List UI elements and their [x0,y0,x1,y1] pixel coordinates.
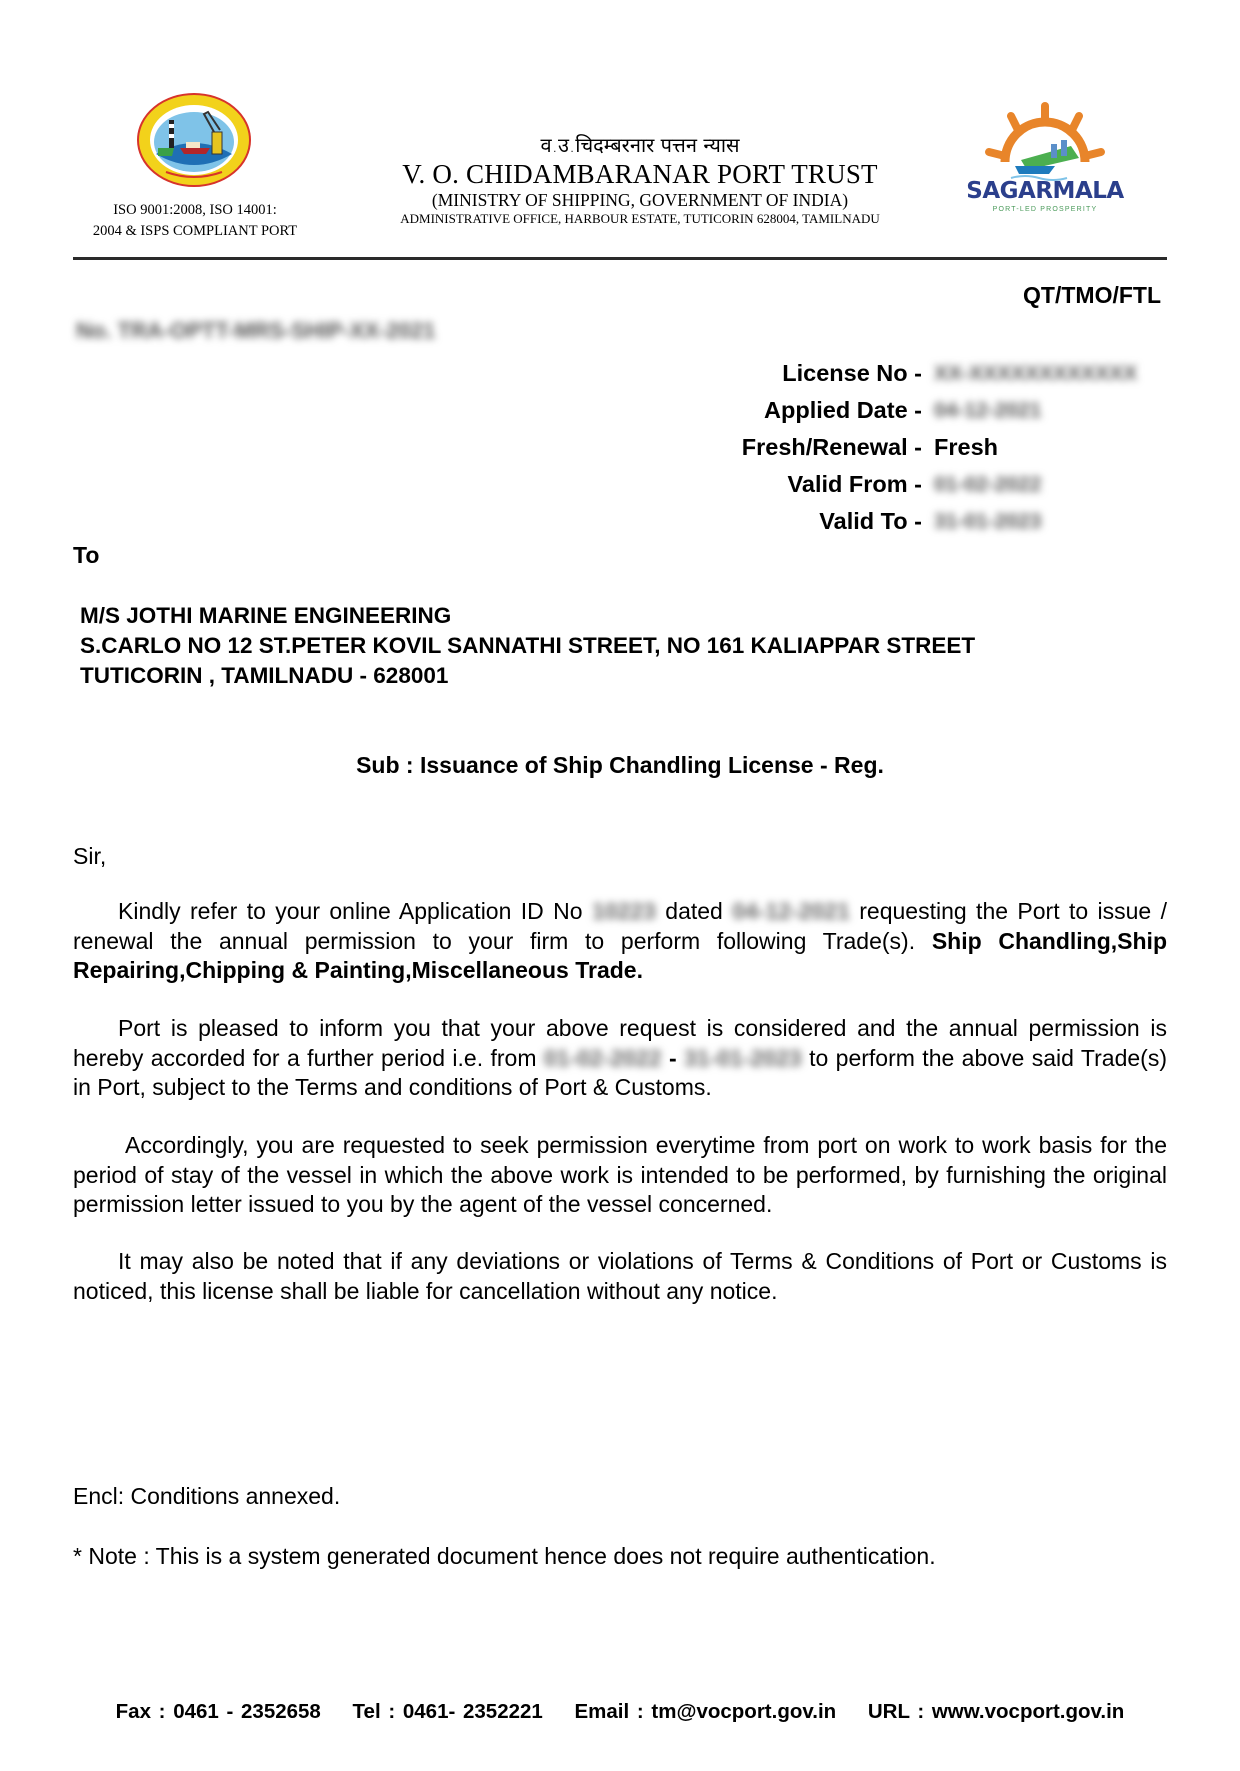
addressee-street: S.CARLO NO 12 ST.PETER KOVIL SANNATHI ST… [80,631,975,661]
vocpt-emblem-icon [136,92,252,188]
sagarmala-wordmark: SAGARMALA [960,178,1130,204]
reference-code: QT/TMO/FTL [1023,282,1161,309]
iso-caption-line2: 2004 & ISPS COMPLIANT PORT [70,221,320,242]
applied-date-row: Applied Date - 04-12-2021 [600,392,1137,429]
applied-date-label: Applied Date - [600,397,934,424]
letter-number-redacted: No. TRA-OPTT-MRS-SHIP-XX-2021 [76,318,435,344]
paragraph-work-permission: Accordingly, you are requested to seek p… [73,1131,1167,1220]
header-divider [73,257,1167,260]
valid-from-label: Valid From - [600,471,934,498]
iso-certification-caption: ISO 9001:2008, ISO 14001: 2004 & ISPS CO… [70,200,320,242]
p1-text-a: Kindly refer to your online Application … [118,898,592,924]
license-no-row: License No - XX-XXXXXXXXXXXX [600,355,1137,392]
footer-fax: Fax : 0461 - 2352658 [116,1700,321,1723]
fresh-renewal-row: Fresh/Renewal - Fresh [600,429,1137,466]
p1-text-b: dated [656,898,732,924]
sagarmala-tagline: PORT-LED PROSPERITY [960,206,1130,213]
office-address: ADMINISTRATIVE OFFICE, HARBOUR ESTATE, T… [360,210,920,228]
paragraph-cancellation-notice: It may also be noted that if any deviati… [73,1247,1167,1306]
license-no-label: License No - [600,360,934,387]
system-generated-note: * Note : This is a system generated docu… [73,1543,936,1570]
fresh-renewal-label: Fresh/Renewal - [600,434,934,461]
footer-email[interactable]: Email : tm@vocport.gov.in [575,1700,837,1723]
enclosure-note: Encl: Conditions annexed. [73,1483,340,1510]
valid-to-row: Valid To - 31-01-2023 [600,503,1137,540]
footer-tel: Tel : 0461- 2352221 [353,1700,543,1723]
subject-line: Sub : Issuance of Ship Chandling License… [0,752,1240,779]
paragraph-application-reference: Kindly refer to your online Application … [73,897,1167,986]
addressee-city: TUTICORIN , TAMILNADU - 628001 [80,661,975,691]
addressee-name: M/S JOTHI MARINE ENGINEERING [80,601,975,631]
p4-text: It may also be noted that if any deviati… [73,1248,1167,1304]
footer-url[interactable]: URL : www.vocport.gov.in [868,1700,1124,1723]
application-id-redacted: 10223 [592,897,656,927]
addressee-block: M/S JOTHI MARINE ENGINEERING S.CARLO NO … [80,601,975,691]
valid-from-row: Valid From - 01-02-2022 [600,466,1137,503]
valid-from-value: 01-02-2022 [934,473,1041,497]
contact-footer: Fax : 0461 - 2352658 Tel : 0461- 2352221… [0,1700,1240,1724]
applied-date-value: 04-12-2021 [934,399,1041,423]
fresh-renewal-value: Fresh [934,434,998,461]
iso-caption-line1: ISO 9001:2008, ISO 14001: [70,200,320,221]
org-name-hindi: व.उ.चिदम्बरनार पत्तन न्यास [360,132,920,158]
license-details: License No - XX-XXXXXXXXXXXX Applied Dat… [600,355,1137,540]
period-dash: - [662,1045,684,1071]
letterhead: व.उ.चिदम्बरनार पत्तन न्यास V. O. CHIDAMB… [360,132,920,228]
period-to-redacted: 31-01-2023 [684,1044,802,1074]
paragraph-permission-granted: Port is pleased to inform you that your … [73,1014,1167,1103]
valid-to-value: 31-01-2023 [934,510,1041,534]
to-label: To [73,542,99,569]
ministry-line: (MINISTRY OF SHIPPING, GOVERNMENT OF IND… [360,190,920,210]
license-no-value: XX-XXXXXXXXXXXX [934,362,1137,386]
period-from-redacted: 01-02-2022 [544,1044,662,1074]
valid-to-label: Valid To - [600,508,934,535]
application-date-redacted: 04-12-2021 [732,897,850,927]
org-name: V. O. CHIDAMBARANAR PORT TRUST [360,158,920,190]
salutation: Sir, [73,843,106,870]
p3-text: Accordingly, you are requested to seek p… [73,1132,1167,1217]
